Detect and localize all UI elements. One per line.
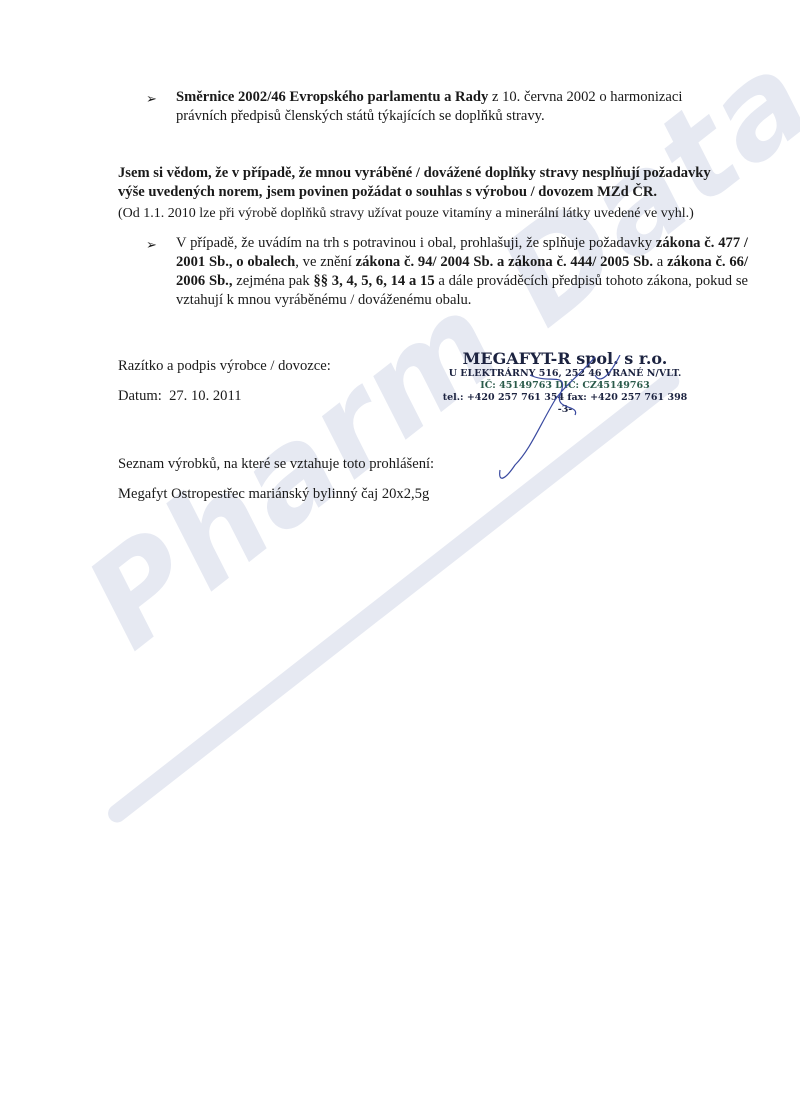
products-label: Seznam výrobků, na které se vztahuje tot…: [118, 455, 434, 474]
declaration-note: (Od 1.1. 2010 lze při výrobě doplňků str…: [118, 204, 758, 223]
declaration-statement: Jsem si vědom, že v případě, že mnou vyr…: [118, 164, 748, 202]
product-item: Megafyt Ostropestřec mariánský bylinný č…: [118, 485, 429, 504]
packaging-paragraph: V případě, že uvádím na trh s potravinou…: [176, 234, 748, 310]
regulation-paragraph: Směrnice 2002/46 Evropského parlamentu a…: [176, 88, 748, 126]
bullet-icon: ➢: [146, 237, 157, 253]
bullet-icon: ➢: [146, 91, 157, 107]
handwritten-signature: [470, 355, 650, 485]
date-row: Datum: 27. 10. 2011: [118, 387, 242, 406]
signature-label: Razítko a podpis výrobce / dovozce:: [118, 357, 331, 376]
date-value: 27. 10. 2011: [169, 388, 241, 404]
